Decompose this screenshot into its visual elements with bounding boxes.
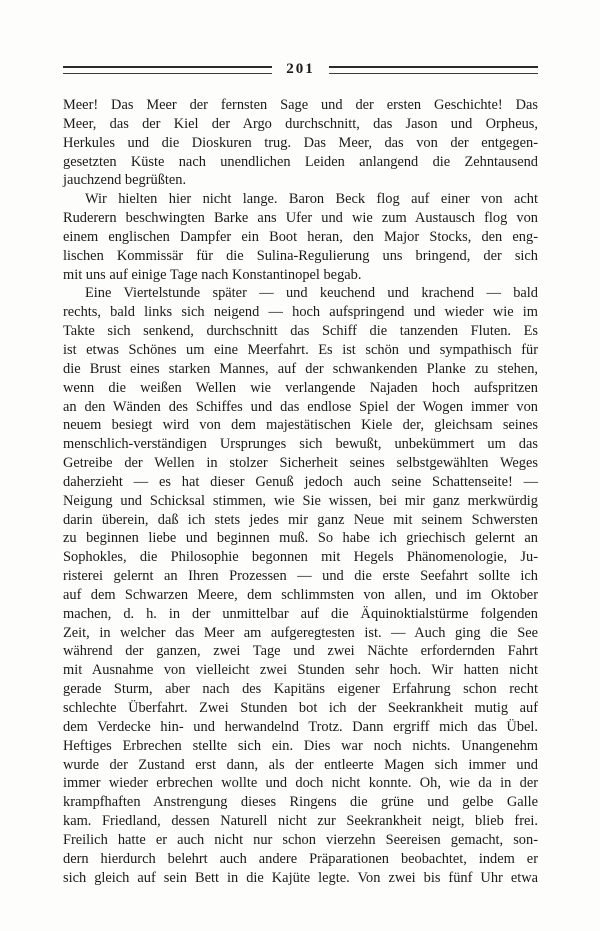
- text-line: krampfhaften Anstrengung dieses Ringens …: [63, 793, 538, 812]
- text-line: auf dem Schwarzen Meere, dem schlimmsten…: [63, 586, 538, 605]
- text-line: Heftiges Erbrechen stellte sich ein. Die…: [63, 737, 538, 756]
- text-line: wurde der Zustand erst dann, als der ent…: [63, 756, 538, 775]
- text-line: an den Wänden des Schiffes und das endlo…: [63, 398, 538, 417]
- text-line: Sophokles, die Philosophie begonnen mit …: [63, 548, 538, 567]
- text-line: daherzieht — es hat dieser Genuß jedoch …: [63, 473, 538, 492]
- page-header: 201: [63, 60, 538, 80]
- text-line: gesetzten Küste nach unendlichen Leiden …: [63, 153, 538, 172]
- text-line: einem englischen Dampfer ein Boot heran,…: [63, 228, 538, 247]
- text-line: zu beginnen liebe und beginnen muß. So h…: [63, 529, 538, 548]
- text-line: sich gleich auf sein Bett in die Kajüte …: [63, 869, 538, 888]
- text-line: risterei gelernt an Ihren Prozessen — un…: [63, 567, 538, 586]
- text-line: Meer! Das Meer der fernsten Sage und der…: [63, 96, 538, 115]
- page-number: 201: [272, 62, 329, 77]
- text-line: jauchzend begrüßten.: [63, 171, 538, 190]
- text-line: mit uns auf einige Tage nach Konstantino…: [63, 266, 538, 285]
- text-line: neuem besiegt wird von dem majestätische…: [63, 416, 538, 435]
- text-line: darin überein, daß ich stets jedes mir g…: [63, 511, 538, 530]
- text-line: Herkules und die Dioskuren trug. Das Mee…: [63, 134, 538, 153]
- header-rule-left: [63, 66, 272, 74]
- text-line: menschlich-verständigen Ursprunges sich …: [63, 435, 538, 454]
- paragraph: Meer! Das Meer der fernsten Sage und der…: [63, 96, 538, 190]
- text-line: Getreibe der Wellen in stolzer Sicherhei…: [63, 454, 538, 473]
- header-rule-right: [329, 66, 538, 74]
- text-line: lischen Kommissär für die Sulina-Regulie…: [63, 247, 538, 266]
- book-page: 201 Meer! Das Meer der fernsten Sage und…: [0, 0, 600, 931]
- text-line: machen, d. h. in der unmittelbar auf die…: [63, 605, 538, 624]
- text-line: dern hierdurch belehrt auch andere Präpa…: [63, 850, 538, 869]
- text-line: ist etwas Schönes um eine Meerfahrt. Es …: [63, 341, 538, 360]
- text-line: rechts, bald links sich neigend — hoch a…: [63, 303, 538, 322]
- text-line: Wir hielten hier nicht lange. Baron Beck…: [63, 190, 538, 209]
- page-text: Meer! Das Meer der fernsten Sage und der…: [63, 96, 538, 887]
- text-line: Eine Viertelstunde später — und keuchend…: [63, 284, 538, 303]
- text-line: Meer, das der Kiel der Argo durchschnitt…: [63, 115, 538, 134]
- text-line: wenn die weißen Wellen wie verlangende N…: [63, 379, 538, 398]
- text-line: kam. Friedland, dessen Naturell nicht zu…: [63, 812, 538, 831]
- text-line: Zeit, in welcher das Meer am aufgeregtes…: [63, 624, 538, 643]
- text-line: gerade Sturm, aber nach des Kapitäns eig…: [63, 680, 538, 699]
- text-line: dem Verdecke hin- und herwandelnd Trotz.…: [63, 718, 538, 737]
- text-line: die Brust eines starken Mannes, auf der …: [63, 360, 538, 379]
- text-line: Freilich hatte er auch nicht nur schon v…: [63, 831, 538, 850]
- text-line: schlechte Überfahrt. Zwei Stunden bot ic…: [63, 699, 538, 718]
- paragraph: Wir hielten hier nicht lange. Baron Beck…: [63, 190, 538, 284]
- text-line: Neigung und Schicksal stimmen, wie Sie w…: [63, 492, 538, 511]
- text-line: mit Ausnahme von vielleicht zwei Stunden…: [63, 661, 538, 680]
- text-line: Ruderern beschwingten Barke ans Ufer und…: [63, 209, 538, 228]
- paragraph: Eine Viertelstunde später — und keuchend…: [63, 284, 538, 887]
- text-line: während der ganzen, zwei Tage und zwei N…: [63, 642, 538, 661]
- text-line: immer wieder erbrechen wollte und doch n…: [63, 774, 538, 793]
- text-line: Takte sich senkend, durchschnitt das Sch…: [63, 322, 538, 341]
